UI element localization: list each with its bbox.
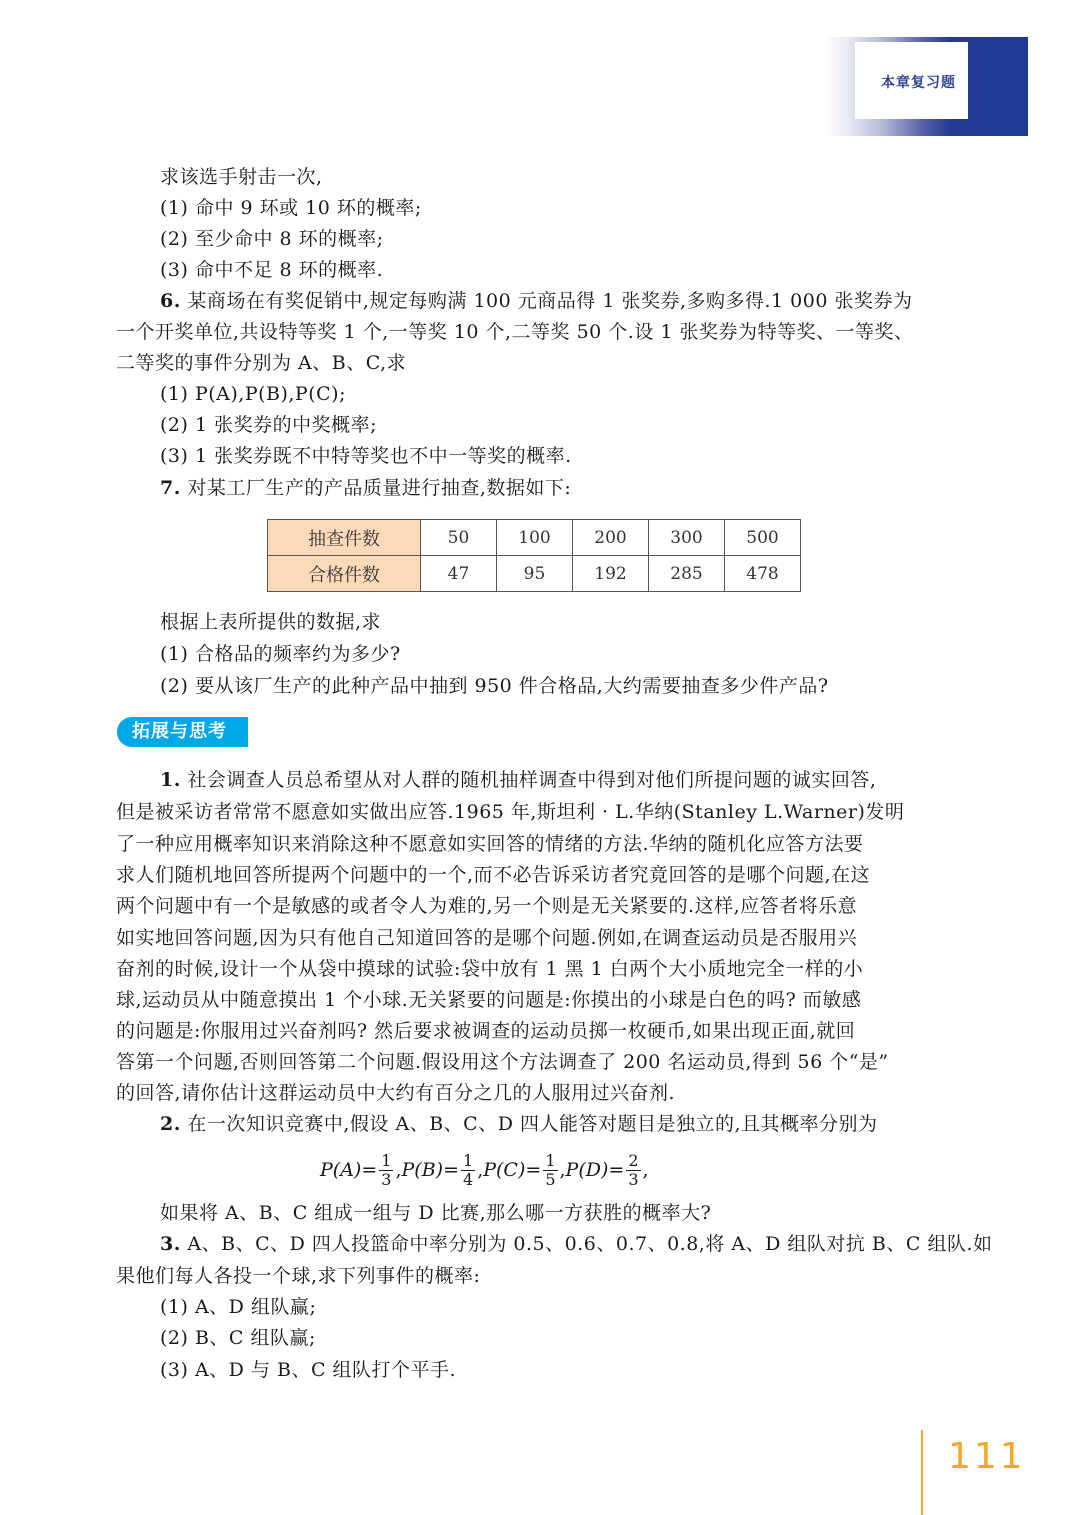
chapter-banner: 本章复习题: [823, 37, 1028, 136]
q6-line-1: 6. 某商场在有奖促销中,规定每购满 100 元商品得 1 张奖券,多购多得.1…: [160, 285, 912, 317]
table-cell: 192: [573, 556, 649, 592]
denominator: 5: [545, 1171, 555, 1189]
table-cell: 47: [421, 556, 497, 592]
ext1-line-10: 答第一个问题,否则回答第二个问题.假设用这个方法调查了 200 名运动员,得到 …: [116, 1046, 889, 1078]
q7-item-1: (1) 合格品的频率约为多少?: [160, 638, 401, 670]
q7-line: 7. 对某工厂生产的产品质量进行抽查,数据如下:: [160, 472, 571, 504]
q6-item-1: (1) P(A),P(B),P(C);: [160, 378, 346, 410]
ext1-line-11: 的回答,请你估计这群运动员中大约有百分之几的人服用过兴奋剂.: [116, 1077, 675, 1109]
ext1-line-3: 了一种应用概率知识来消除这种不愿意如实回答的情绪的方法.华纳的随机化应答方法要: [116, 828, 864, 860]
chapter-banner-box: 本章复习题: [855, 42, 968, 119]
ext3-text-1: A、B、C、D 四人投篮命中率分别为 0.5、0.6、0.7、0.8,将 A、D…: [187, 1233, 992, 1255]
ext1-line-9: 的问题是:你服用过兴奋剂吗? 然后要求被调查的运动员掷一枚硬币,如果出现正面,就…: [116, 1015, 855, 1047]
table-cell: 300: [649, 520, 725, 556]
row-header: 抽查件数: [268, 520, 421, 556]
inspection-table: 抽查件数 50 100 200 300 500 合格件数 47 95 192 2…: [267, 519, 801, 592]
numerator: 1: [461, 1152, 475, 1171]
denominator: 3: [628, 1171, 638, 1189]
formula-lhs-c: P(C)=: [483, 1159, 541, 1181]
table-row: 合格件数 47 95 192 285 478: [268, 556, 801, 592]
numerator: 2: [626, 1152, 640, 1171]
ext2-text: 在一次知识竞赛中,假设 A、B、C、D 四人能答对题目是独立的,且其概率分别为: [187, 1113, 877, 1135]
page-number: 111: [948, 1436, 1026, 1477]
q6-line-3: 二等奖的事件分别为 A、B、C,求: [116, 347, 406, 379]
ext3-item-2: (2) B、C 组队赢;: [160, 1322, 316, 1354]
table-cell: 100: [497, 520, 573, 556]
q7-intro: 根据上表所提供的数据,求: [160, 606, 381, 638]
ext3-line-2: 果他们每人各投一个球,求下列事件的概率:: [116, 1260, 480, 1292]
table-cell: 95: [497, 556, 573, 592]
table-cell: 285: [649, 556, 725, 592]
chapter-tag: 本章复习题: [881, 72, 956, 92]
ext1-number: 1.: [160, 769, 181, 791]
ext2-number: 2.: [160, 1113, 181, 1135]
fraction-c: 15: [543, 1152, 557, 1189]
q7-text: 对某工厂生产的产品质量进行抽查,数据如下:: [187, 477, 571, 499]
ext1-text-1: 社会调查人员总希望从对人群的随机抽样调查中得到对他们所提问题的诚实回答,: [187, 769, 876, 791]
probability-formula: P(A)= 13 , P(B)= 14 , P(C)= 15 , P(D)= 2…: [320, 1145, 649, 1195]
denominator: 3: [381, 1171, 391, 1189]
table-cell: 200: [573, 520, 649, 556]
row-header: 合格件数: [268, 556, 421, 592]
ext2-question: 如果将 A、B、C 组成一组与 D 比赛,那么哪一方获胜的概率大?: [160, 1197, 711, 1229]
q6-text-1: 某商场在有奖促销中,规定每购满 100 元商品得 1 张奖券,多购多得.1 00…: [187, 290, 912, 312]
q5-item-1: (1) 命中 9 环或 10 环的概率;: [160, 192, 422, 224]
ext1-line-5: 两个问题中有一个是敏感的或者令人为难的,另一个则是无关紧要的.这样,应答者将乐意: [116, 890, 857, 922]
fraction-d: 23: [626, 1152, 640, 1189]
formula-lhs-d: P(D)=: [566, 1159, 625, 1181]
q6-item-2: (2) 1 张奖券的中奖概率;: [160, 409, 377, 441]
ext1-line-2: 但是被采访者常常不愿意如实做出应答.1965 年,斯坦利 · L.华纳(Stan…: [116, 796, 904, 828]
q5-intro: 求该选手射击一次,: [160, 161, 323, 193]
table-cell: 500: [725, 520, 801, 556]
ext1-line-4: 求人们随机地回答所提两个问题中的一个,而不必告诉采访者究竟回答的是哪个问题,在这: [116, 859, 870, 891]
ext3-item-1: (1) A、D 组队赢;: [160, 1291, 316, 1323]
ext1-line-7: 奋剂的时候,设计一个从袋中摸球的试验:袋中放有 1 黑 1 白两个大小质地完全一…: [116, 953, 863, 985]
q7-number: 7.: [160, 477, 181, 499]
q5-item-3: (3) 命中不足 8 环的概率.: [160, 254, 383, 286]
numerator: 1: [379, 1152, 393, 1171]
formula-lhs-b: P(B)=: [402, 1159, 460, 1181]
page-divider: [921, 1430, 923, 1515]
ext1-line-6: 如实地回答问题,因为只有他自己知道回答的是哪个问题.例如,在调查运动员是否服用兴: [116, 922, 857, 954]
denominator: 4: [463, 1171, 473, 1189]
table-cell: 50: [421, 520, 497, 556]
fraction-a: 13: [379, 1152, 393, 1189]
ext2-line: 2. 在一次知识竞赛中,假设 A、B、C、D 四人能答对题目是独立的,且其概率分…: [160, 1108, 878, 1140]
ext3-item-3: (3) A、D 与 B、C 组队打个平手.: [160, 1354, 456, 1386]
separator: ,: [643, 1159, 649, 1181]
q6-line-2: 一个开奖单位,共设特等奖 1 个,一等奖 10 个,二等奖 50 个.设 1 张…: [116, 316, 914, 348]
q5-item-2: (2) 至少命中 8 环的概率;: [160, 223, 384, 255]
q6-number: 6.: [160, 290, 181, 312]
ext1-line-1: 1. 社会调查人员总希望从对人群的随机抽样调查中得到对他们所提问题的诚实回答,: [160, 764, 876, 796]
ext1-line-8: 球,运动员从中随意摸出 1 个小球.无关紧要的问题是:你摸出的小球是白色的吗? …: [116, 984, 861, 1016]
q6-item-3: (3) 1 张奖券既不中特等奖也不中一等奖的概率.: [160, 440, 572, 472]
formula-lhs-a: P(A)=: [320, 1159, 377, 1181]
q7-item-2: (2) 要从该厂生产的此种产品中抽到 950 件合格品,大约需要抽查多少件产品?: [160, 670, 829, 702]
section-tag-extension: 拓展与思考: [117, 717, 248, 747]
table-cell: 478: [725, 556, 801, 592]
fraction-b: 14: [461, 1152, 475, 1189]
numerator: 1: [543, 1152, 557, 1171]
ext3-number: 3.: [160, 1233, 181, 1255]
table-row: 抽查件数 50 100 200 300 500: [268, 520, 801, 556]
ext3-line-1: 3. A、B、C、D 四人投篮命中率分别为 0.5、0.6、0.7、0.8,将 …: [160, 1228, 992, 1260]
